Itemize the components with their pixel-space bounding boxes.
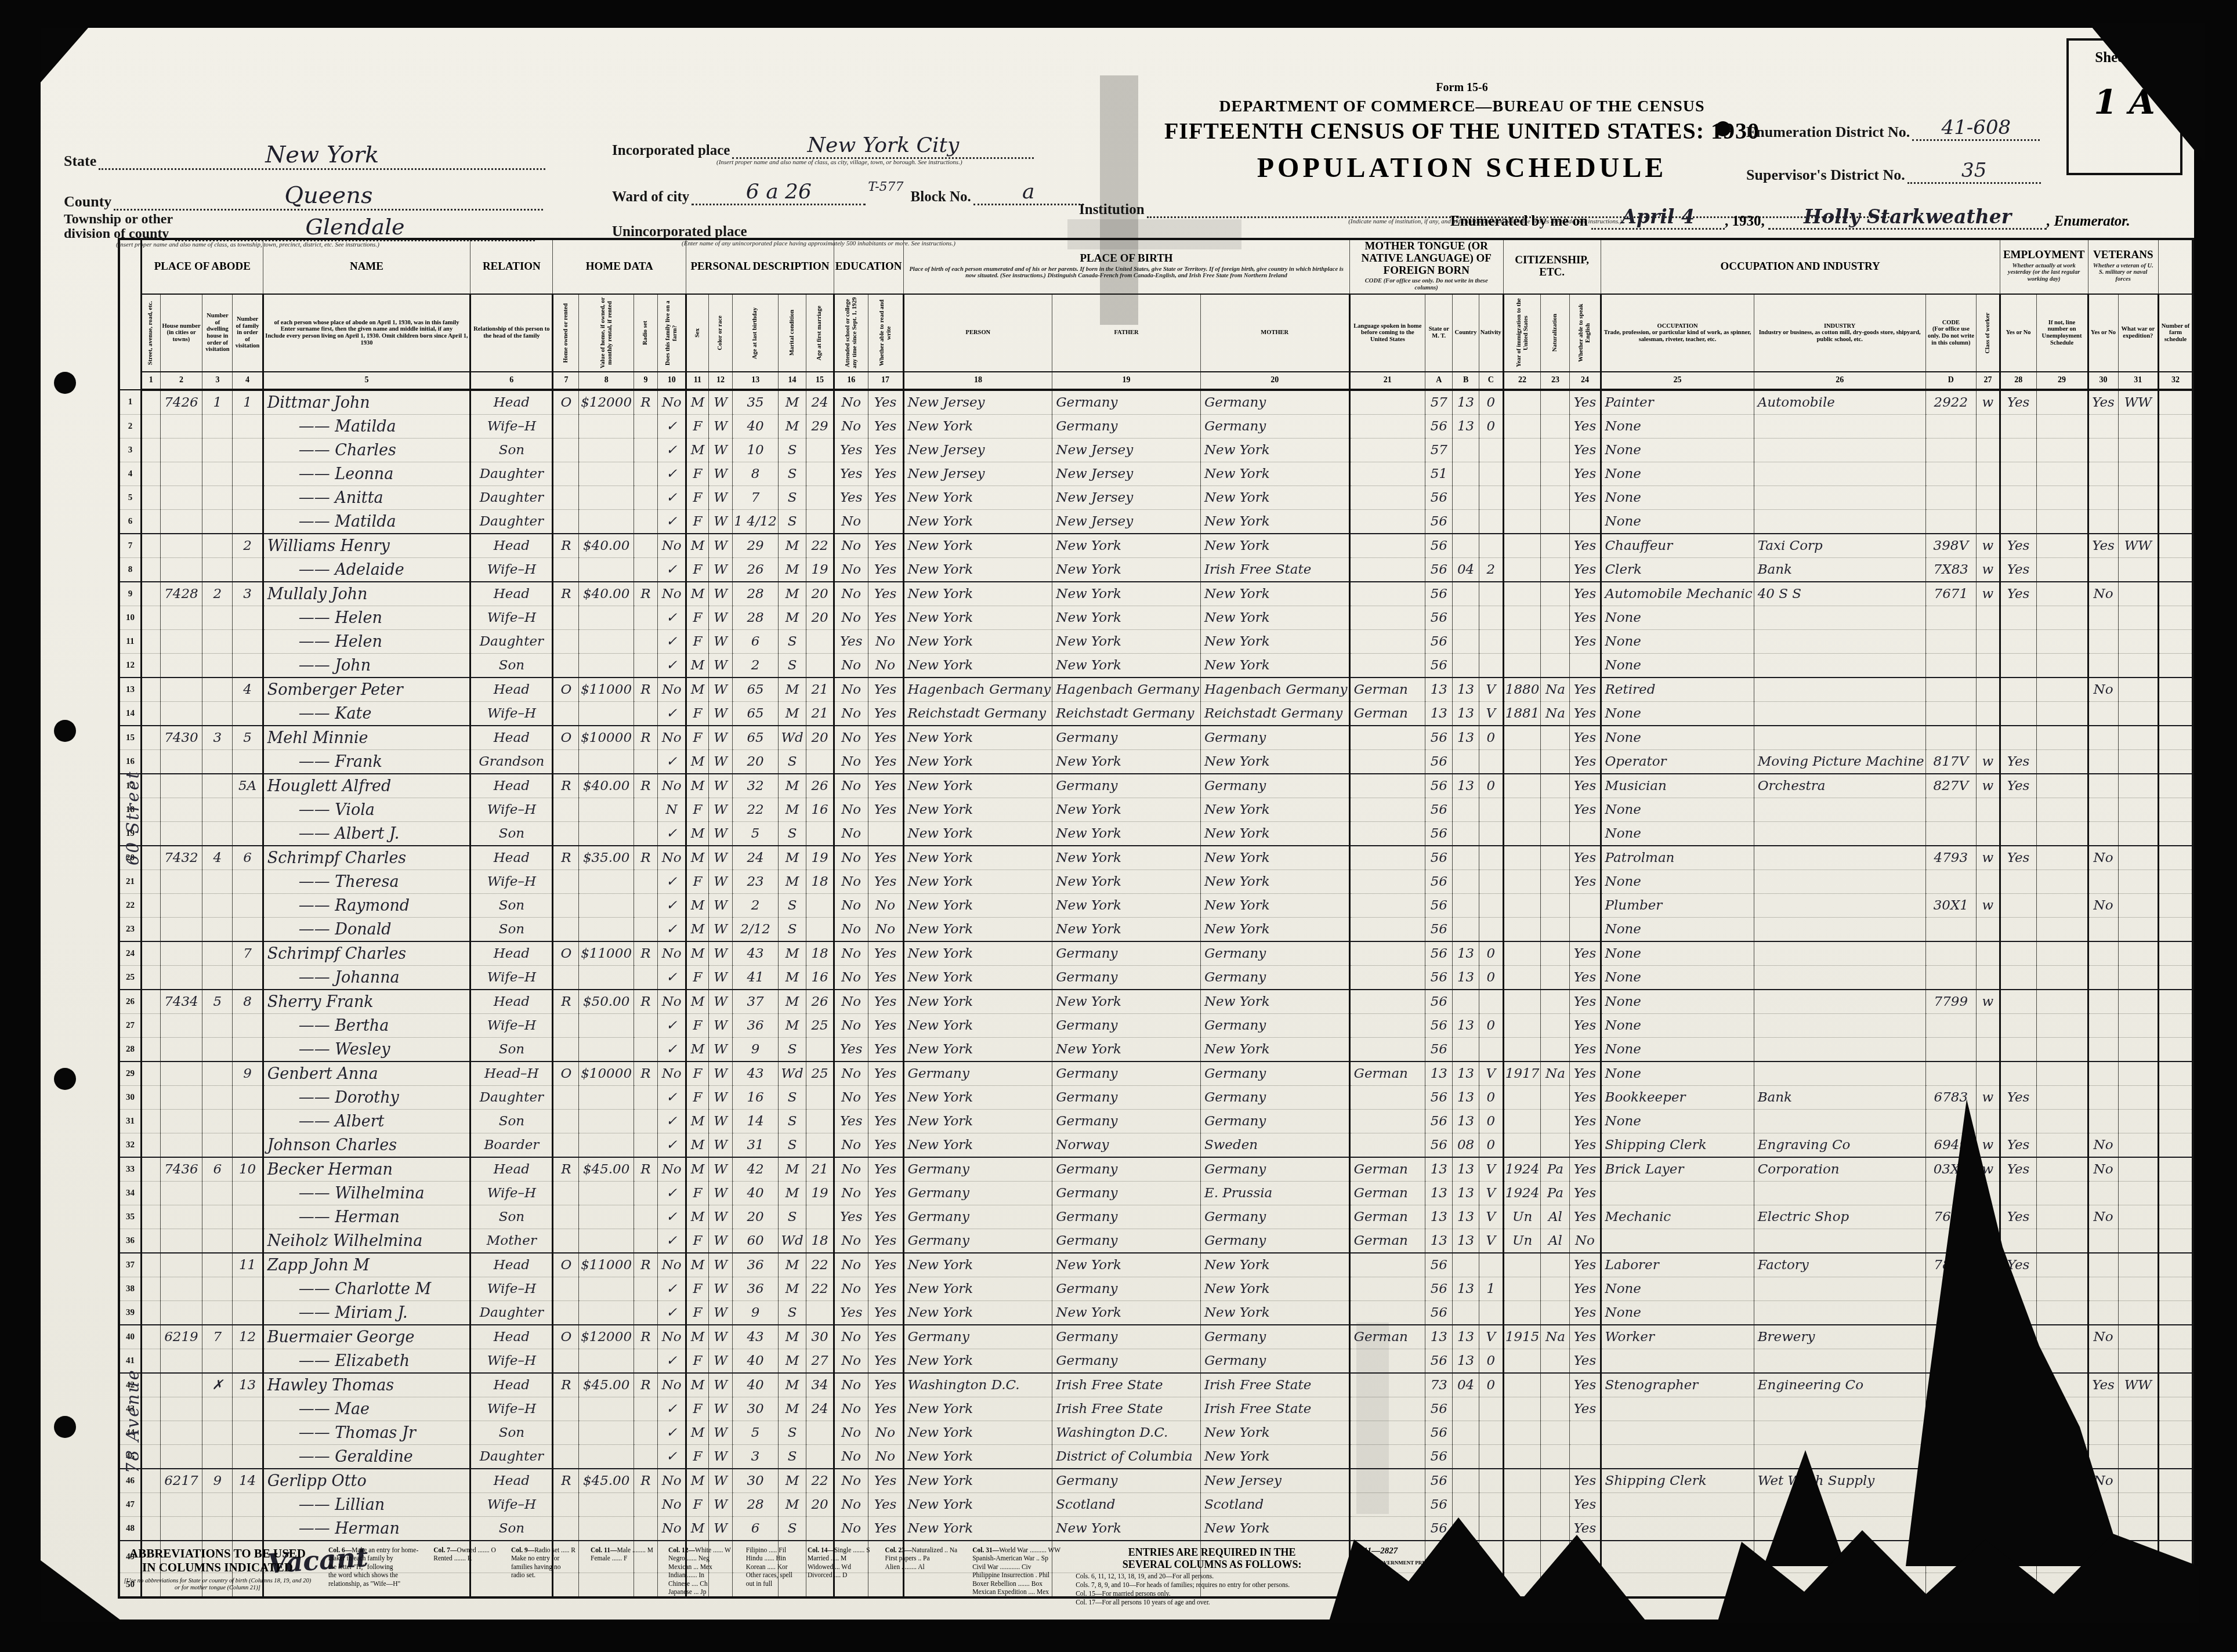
cell-farm: ✓ <box>658 894 686 918</box>
cell-war <box>2118 1253 2158 1277</box>
cell-school: No <box>834 918 868 942</box>
cell-cls <box>1977 726 2000 750</box>
cell-fam <box>233 1133 263 1158</box>
cell-codeC <box>1479 894 1503 918</box>
cell-value <box>579 462 634 486</box>
person-row: 38—— Charlotte MWife–H✓FW36M22NoYesNew Y… <box>119 1277 2193 1301</box>
line-number: 1 <box>119 390 141 415</box>
cell-lang <box>1349 390 1425 415</box>
cell-occ: None <box>1601 822 1754 846</box>
cell-farm: ✓ <box>658 1397 686 1421</box>
cell-bp_person: New York <box>903 1445 1052 1469</box>
col-desc-imm: Year of immigration to the United States <box>1503 294 1541 372</box>
cell-house <box>160 510 202 534</box>
cell-radio: R <box>634 846 657 870</box>
cell-bp_father: Norway <box>1052 1133 1201 1158</box>
cell-radio <box>634 1086 657 1110</box>
cell-war <box>2118 918 2158 942</box>
cell-school: No <box>834 582 868 606</box>
cell-codeC <box>1479 630 1503 654</box>
cell-imm <box>1503 846 1541 870</box>
cell-own <box>553 750 579 774</box>
cell-codeA: 13 <box>1425 1157 1453 1182</box>
cell-bp_person: Germany <box>903 1182 1052 1205</box>
cell-ind <box>1754 726 1925 750</box>
cell-sex: F <box>686 1349 709 1374</box>
cell-bp_father: New Jersey <box>1052 486 1201 510</box>
cell-agem: 18 <box>806 870 834 894</box>
cell-value <box>579 1421 634 1445</box>
cell-line29 <box>2036 439 2088 462</box>
cell-codeC <box>1479 1253 1503 1277</box>
cell-vet: No <box>2088 1157 2118 1182</box>
cell-cls <box>1977 1301 2000 1325</box>
cell-radio <box>634 558 657 582</box>
cell-house <box>160 1014 202 1038</box>
cell-house <box>160 1133 202 1158</box>
cell-sex: M <box>686 534 709 558</box>
cell-occ: None <box>1601 990 1754 1014</box>
cell-imm <box>1503 582 1541 606</box>
cell-own <box>553 1277 579 1301</box>
cell-eng <box>1570 1421 1601 1445</box>
cell-agem: 22 <box>806 534 834 558</box>
cell-own <box>553 966 579 990</box>
cell-sex: M <box>686 678 709 702</box>
cell-imm <box>1503 510 1541 534</box>
cell-fsch <box>2158 1205 2193 1229</box>
cell-codeC <box>1479 1421 1503 1445</box>
cell-read: Yes <box>868 606 903 630</box>
cell-rel: Wife–H <box>470 1349 553 1374</box>
cell-fsch <box>2158 390 2193 415</box>
cell-line29 <box>2036 846 2088 870</box>
cell-line29 <box>2036 1110 2088 1133</box>
cell-imm <box>1503 1493 1541 1517</box>
cell-mar: M <box>778 966 806 990</box>
cell-cls: w <box>1977 1253 2000 1277</box>
cell-vet <box>2088 750 2118 774</box>
cell-ind <box>1754 1182 1925 1205</box>
cell-fsch <box>2158 990 2193 1014</box>
cell-vet: No <box>2088 846 2118 870</box>
cell-name: —— Raymond <box>263 894 470 918</box>
cell-race: W <box>708 486 733 510</box>
cell-cls <box>1977 1110 2000 1133</box>
cell-war <box>2118 702 2158 726</box>
cell-name: —— Helen <box>263 630 470 654</box>
cell-ind <box>1754 654 1925 678</box>
cell-codeA: 56 <box>1425 510 1453 534</box>
col-num-occ: 25 <box>1601 372 1754 390</box>
cell-lang: German <box>1349 1325 1425 1349</box>
cell-bp_person: New York <box>903 486 1052 510</box>
cell-dwell <box>202 486 233 510</box>
cell-farm: ✓ <box>658 1038 686 1062</box>
cell-fam <box>233 415 263 439</box>
cell-line29 <box>2036 390 2088 415</box>
abbreviations-note: [Use no abbreviations for State or count… <box>122 1578 313 1592</box>
cell-bp_person: New York <box>903 750 1052 774</box>
cell-read: Yes <box>868 558 903 582</box>
cell-own <box>553 1205 579 1229</box>
cell-bp_mother: New York <box>1200 582 1349 606</box>
cell-codeB: 13 <box>1453 966 1479 990</box>
cell-read: Yes <box>868 1349 903 1374</box>
cell-occ: None <box>1601 941 1754 966</box>
cell-dwell <box>202 1517 233 1541</box>
cell-race: W <box>708 1301 733 1325</box>
cell-read: Yes <box>868 750 903 774</box>
cell-occ: None <box>1601 606 1754 630</box>
cell-dwell <box>202 894 233 918</box>
cell-bp_mother: Reichstadt Germany <box>1200 702 1349 726</box>
cell-house <box>160 774 202 798</box>
cell-imm <box>1503 1014 1541 1038</box>
cell-codeD <box>1925 678 1976 702</box>
line-number: 38 <box>119 1277 141 1301</box>
cell-agem <box>806 822 834 846</box>
cell-house <box>160 1277 202 1301</box>
cell-cls: w <box>1977 1086 2000 1110</box>
cell-bp_mother: New York <box>1200 462 1349 486</box>
col-num-bp_mother: 20 <box>1200 372 1349 390</box>
cell-bp_mother: Germany <box>1200 1110 1349 1133</box>
cell-street <box>141 941 160 966</box>
cell-race: W <box>708 894 733 918</box>
cell-eng: Yes <box>1570 726 1601 750</box>
cell-bp_father: Germany <box>1052 726 1201 750</box>
cell-bp_person: Germany <box>903 1062 1052 1086</box>
cell-codeA: 56 <box>1425 1277 1453 1301</box>
cell-eng: Yes <box>1570 1205 1601 1229</box>
cell-street <box>141 1182 160 1205</box>
cell-codeC: 0 <box>1479 415 1503 439</box>
cell-bp_mother: New York <box>1200 606 1349 630</box>
cell-bp_mother: New York <box>1200 990 1349 1014</box>
person-row: 337436610Becker HermanHeadR$45.00RNoMW42… <box>119 1157 2193 1182</box>
line-number: 35 <box>119 1205 141 1229</box>
cell-name: —— Dorothy <box>263 1086 470 1110</box>
cell-school: No <box>834 941 868 966</box>
col-desc-house: House number (in cities or towns) <box>160 294 202 372</box>
cell-read: Yes <box>868 462 903 486</box>
cell-line29 <box>2036 750 2088 774</box>
cell-sex: M <box>686 1157 709 1182</box>
cell-rel: Son <box>470 894 553 918</box>
cell-school: No <box>834 822 868 846</box>
cell-bp_person: New York <box>903 1086 1052 1110</box>
cell-rel: Wife–H <box>470 1014 553 1038</box>
cell-radio <box>634 510 657 534</box>
cell-dwell: 9 <box>202 1469 233 1493</box>
cell-bp_mother: New York <box>1200 1301 1349 1325</box>
cell-eng <box>1570 918 1601 942</box>
cell-mar: S <box>778 439 806 462</box>
col-desc-vet: Yes or No <box>2088 294 2118 372</box>
cell-mar: S <box>778 918 806 942</box>
cell-sex: M <box>686 774 709 798</box>
cell-lang <box>1349 918 1425 942</box>
group-1: NAME <box>263 239 470 294</box>
cell-agem: 22 <box>806 1277 834 1301</box>
enumeration-date: April 4 <box>1621 205 1695 228</box>
cell-school: No <box>834 1445 868 1469</box>
line-number: 8 <box>119 558 141 582</box>
cell-sex: F <box>686 1086 709 1110</box>
cell-eng: Yes <box>1570 990 1601 1014</box>
cell-read: No <box>868 918 903 942</box>
cell-nat: Pa <box>1541 1182 1570 1205</box>
cell-mar: S <box>778 510 806 534</box>
cell-name: —— Viola <box>263 798 470 822</box>
cell-mar: M <box>778 1182 806 1205</box>
cell-bp_mother: New York <box>1200 798 1349 822</box>
cell-codeA: 56 <box>1425 846 1453 870</box>
cell-house <box>160 678 202 702</box>
cell-house <box>160 1301 202 1325</box>
cell-name: Somberger Peter <box>263 678 470 702</box>
cell-imm <box>1503 1038 1541 1062</box>
cell-codeA: 56 <box>1425 1038 1453 1062</box>
cell-bp_mother: New York <box>1200 822 1349 846</box>
cell-imm <box>1503 1373 1541 1397</box>
cell-read: No <box>868 894 903 918</box>
cell-sex: F <box>686 798 709 822</box>
cell-fam <box>233 439 263 462</box>
col-num-codeD: D <box>1925 372 1976 390</box>
cell-bp_person: New York <box>903 1397 1052 1421</box>
cell-cls <box>1977 1038 2000 1062</box>
cell-sex: M <box>686 1038 709 1062</box>
cell-bp_person: Germany <box>903 1229 1052 1254</box>
cell-emp: Yes <box>2000 1469 2036 1493</box>
cell-emp <box>2000 1038 2036 1062</box>
cell-farm: ✓ <box>658 510 686 534</box>
cell-fsch <box>2158 558 2193 582</box>
cell-race: W <box>708 990 733 1014</box>
person-row: 43—— MaeWife–H✓FW30M24NoYesNew YorkIrish… <box>119 1397 2193 1421</box>
cell-age: 30 <box>733 1469 779 1493</box>
group-2: RELATION <box>470 239 553 294</box>
cell-ind <box>1754 1038 1925 1062</box>
cell-name: Mehl Minnie <box>263 726 470 750</box>
cell-agem: 30 <box>806 1325 834 1349</box>
cell-emp <box>2000 1301 2036 1325</box>
cell-own <box>553 1086 579 1110</box>
cell-ind <box>1754 870 1925 894</box>
cell-bp_father: Germany <box>1052 941 1201 966</box>
cell-mar: M <box>778 582 806 606</box>
cell-bp_person: New York <box>903 534 1052 558</box>
cell-read: Yes <box>868 1493 903 1517</box>
cell-line29 <box>2036 678 2088 702</box>
cell-read: Yes <box>868 390 903 415</box>
cell-agem <box>806 510 834 534</box>
cell-cls: w <box>1977 990 2000 1014</box>
cell-dwell <box>202 1397 233 1421</box>
cell-bp_father: Germany <box>1052 1277 1201 1301</box>
cell-fam <box>233 558 263 582</box>
cell-occ: Worker <box>1601 1325 1754 1349</box>
cell-read: Yes <box>868 486 903 510</box>
cell-sex: M <box>686 1517 709 1541</box>
cell-radio <box>634 1349 657 1374</box>
cell-radio: R <box>634 678 657 702</box>
cell-cls: w <box>1977 774 2000 798</box>
cell-ind <box>1754 941 1925 966</box>
person-row: 16—— FrankGrandson✓MW20SNoYesNew YorkNew… <box>119 750 2193 774</box>
cell-name: Schrimpf Charles <box>263 846 470 870</box>
cell-farm: No <box>658 1253 686 1277</box>
cell-fam <box>233 894 263 918</box>
col-desc-codeC: Nativity <box>1479 294 1503 372</box>
cell-lang <box>1349 990 1425 1014</box>
cell-line29 <box>2036 630 2088 654</box>
cell-name: Sherry Frank <box>263 990 470 1014</box>
cell-house <box>160 1110 202 1133</box>
cell-bp_person: New York <box>903 582 1052 606</box>
cell-occ: None <box>1601 630 1754 654</box>
cell-rel: Head <box>470 1157 553 1182</box>
cell-school: No <box>834 846 868 870</box>
cell-read: Yes <box>868 726 903 750</box>
cell-street <box>141 415 160 439</box>
cell-house: 7428 <box>160 582 202 606</box>
cell-read: Yes <box>868 1397 903 1421</box>
cell-occ: None <box>1601 1062 1754 1086</box>
form-print-number: 11—2827 <box>1363 1546 1503 1556</box>
cell-race: W <box>708 1253 733 1277</box>
cell-rel: Son <box>470 918 553 942</box>
cell-name: —— Matilda <box>263 510 470 534</box>
cell-codeA: 56 <box>1425 558 1453 582</box>
cell-house <box>160 486 202 510</box>
cell-ind <box>1754 1349 1925 1374</box>
cell-own <box>553 822 579 846</box>
cell-fsch <box>2158 1325 2193 1349</box>
cell-codeD <box>1925 1110 1976 1133</box>
cell-agem <box>806 918 834 942</box>
cell-fsch <box>2158 1373 2193 1397</box>
incorporated-value: New York City <box>808 133 960 157</box>
cell-dwell <box>202 798 233 822</box>
cell-war <box>2118 1469 2158 1493</box>
cell-bp_father: Hagenbach Germany <box>1052 678 1201 702</box>
cell-line29 <box>2036 1301 2088 1325</box>
cell-war <box>2118 630 2158 654</box>
cell-codeD <box>1925 702 1976 726</box>
cell-farm: ✓ <box>658 439 686 462</box>
cell-race: W <box>708 1110 733 1133</box>
cell-war <box>2118 1182 2158 1205</box>
cell-lang <box>1349 439 1425 462</box>
cell-codeB: 13 <box>1453 1086 1479 1110</box>
cell-codeC <box>1479 822 1503 846</box>
cell-fsch <box>2158 1133 2193 1158</box>
cell-imm: 1915 <box>1503 1325 1541 1349</box>
cell-age: 26 <box>733 558 779 582</box>
cell-cls <box>1977 678 2000 702</box>
cell-agem: 18 <box>806 1229 834 1254</box>
ward-field: Ward of city 6 a 26 T-577 Block No. a <box>612 180 1084 205</box>
cell-name: —— Wesley <box>263 1038 470 1062</box>
line-number: 24 <box>119 941 141 966</box>
cell-bp_father: Germany <box>1052 1086 1201 1110</box>
population-schedule-table: PLACE OF ABODENAMERELATIONHOME DATAPERSO… <box>118 238 2194 1599</box>
cell-nat <box>1541 1110 1570 1133</box>
cell-eng <box>1570 822 1601 846</box>
cell-codeC: 2 <box>1479 558 1503 582</box>
cell-house <box>160 1182 202 1205</box>
cell-agem: 26 <box>806 774 834 798</box>
cell-ind <box>1754 846 1925 870</box>
cell-bp_mother: New York <box>1200 918 1349 942</box>
cell-bp_mother: Germany <box>1200 1325 1349 1349</box>
township-value: Glendale <box>306 214 405 240</box>
cell-house <box>160 1038 202 1062</box>
cell-codeB: 13 <box>1453 1325 1479 1349</box>
cell-value <box>579 750 634 774</box>
cell-codeC <box>1479 846 1503 870</box>
cell-lang <box>1349 1277 1425 1301</box>
cell-fam <box>233 654 263 678</box>
line-number: 13 <box>119 678 141 702</box>
cell-fsch <box>2158 1014 2193 1038</box>
cell-bp_mother: Germany <box>1200 941 1349 966</box>
cell-fam: 12 <box>233 1325 263 1349</box>
cell-nat <box>1541 918 1570 942</box>
cell-fsch <box>2158 870 2193 894</box>
cell-rel: Wife–H <box>470 870 553 894</box>
cell-dwell <box>202 1301 233 1325</box>
cell-value: $10000 <box>579 726 634 750</box>
ward-value: 6 a 26 <box>746 180 812 204</box>
cell-farm: ✓ <box>658 654 686 678</box>
cell-name: Genbert Anna <box>263 1062 470 1086</box>
cell-value: $10000 <box>579 1062 634 1086</box>
cell-imm <box>1503 918 1541 942</box>
cell-eng <box>1570 894 1601 918</box>
cell-codeB: 13 <box>1453 1277 1479 1301</box>
cell-house <box>160 558 202 582</box>
cell-value: $11000 <box>579 941 634 966</box>
cell-lang <box>1349 1493 1425 1517</box>
cell-radio <box>634 918 657 942</box>
cell-dwell <box>202 702 233 726</box>
cell-age: 36 <box>733 1253 779 1277</box>
cell-read: Yes <box>868 1062 903 1086</box>
cell-codeC: V <box>1479 1182 1503 1205</box>
cell-own <box>553 558 579 582</box>
cell-vet <box>2088 798 2118 822</box>
cell-fam <box>233 1421 263 1445</box>
line-number: 31 <box>119 1110 141 1133</box>
cell-value <box>579 966 634 990</box>
cell-eng: Yes <box>1570 798 1601 822</box>
cell-age: 40 <box>733 1182 779 1205</box>
population-table-wrap: PLACE OF ABODENAMERELATIONHOME DATAPERSO… <box>118 238 2194 1599</box>
col-num-codeC: C <box>1479 372 1503 390</box>
cell-codeB <box>1453 1445 1479 1469</box>
cell-radio: R <box>634 1325 657 1349</box>
col-num-radio: 9 <box>634 372 657 390</box>
cell-codeB: 13 <box>1453 1157 1479 1182</box>
cell-codeD <box>1925 630 1976 654</box>
cell-age: 40 <box>733 1349 779 1374</box>
cell-name: —— Herman <box>263 1205 470 1229</box>
cell-eng <box>1570 510 1601 534</box>
